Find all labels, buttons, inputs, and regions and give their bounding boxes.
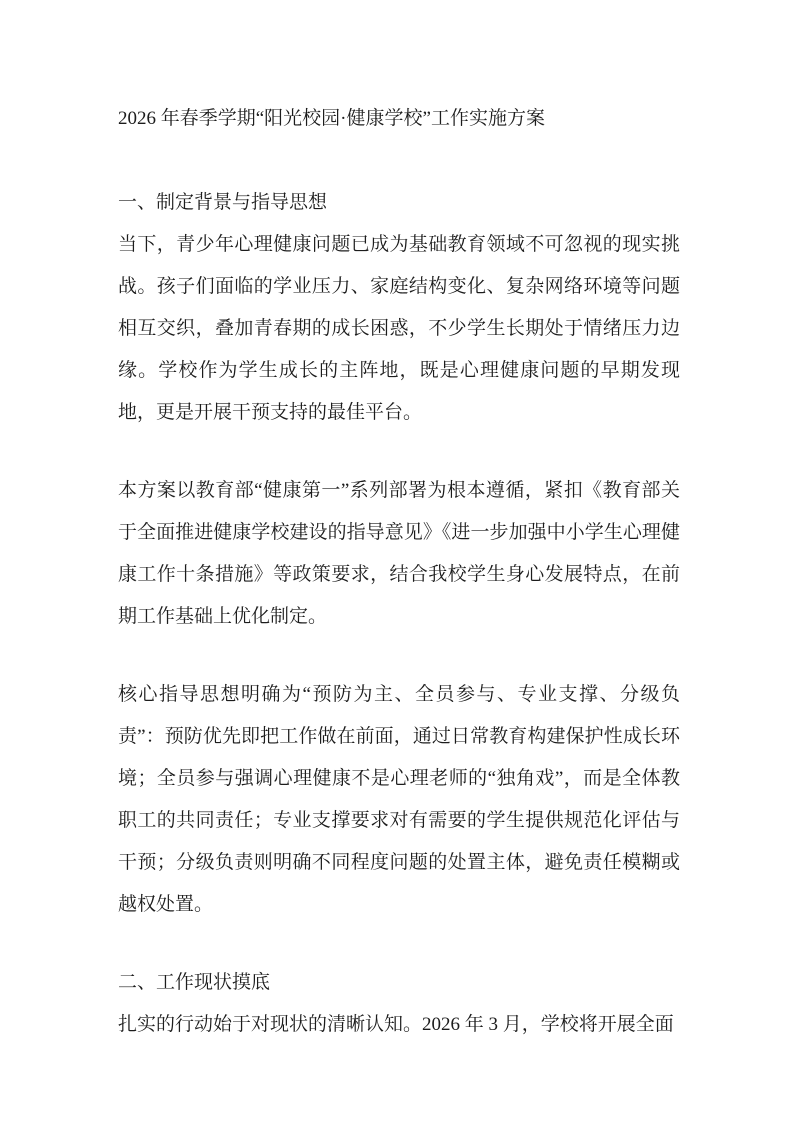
paragraph-core-guiding-principles: 核心指导思想明确为“预防为主、全员参与、专业支撑、分级负责”：预防优先即把工作做…	[118, 674, 680, 926]
paragraph-status-survey-intro: 扎实的行动始于对现状的清晰认知。2026 年 3 月，学校将开展全面	[118, 1004, 680, 1046]
section-heading-background: 一、制定背景与指导思想	[118, 182, 680, 224]
section-heading-status-survey: 二、工作现状摸底	[118, 962, 680, 1004]
document-title: 2026 年春季学期“阳光校园·健康学校”工作实施方案	[118, 98, 680, 140]
paragraph-current-challenges: 当下，青少年心理健康问题已成为基础教育领域不可忽视的现实挑战。孩子们面临的学业压…	[118, 224, 680, 434]
document-page: 2026 年春季学期“阳光校园·健康学校”工作实施方案 一、制定背景与指导思想 …	[0, 0, 793, 1122]
paragraph-policy-basis: 本方案以教育部“健康第一”系列部署为根本遵循，紧扣《教育部关于全面推进健康学校建…	[118, 470, 680, 638]
